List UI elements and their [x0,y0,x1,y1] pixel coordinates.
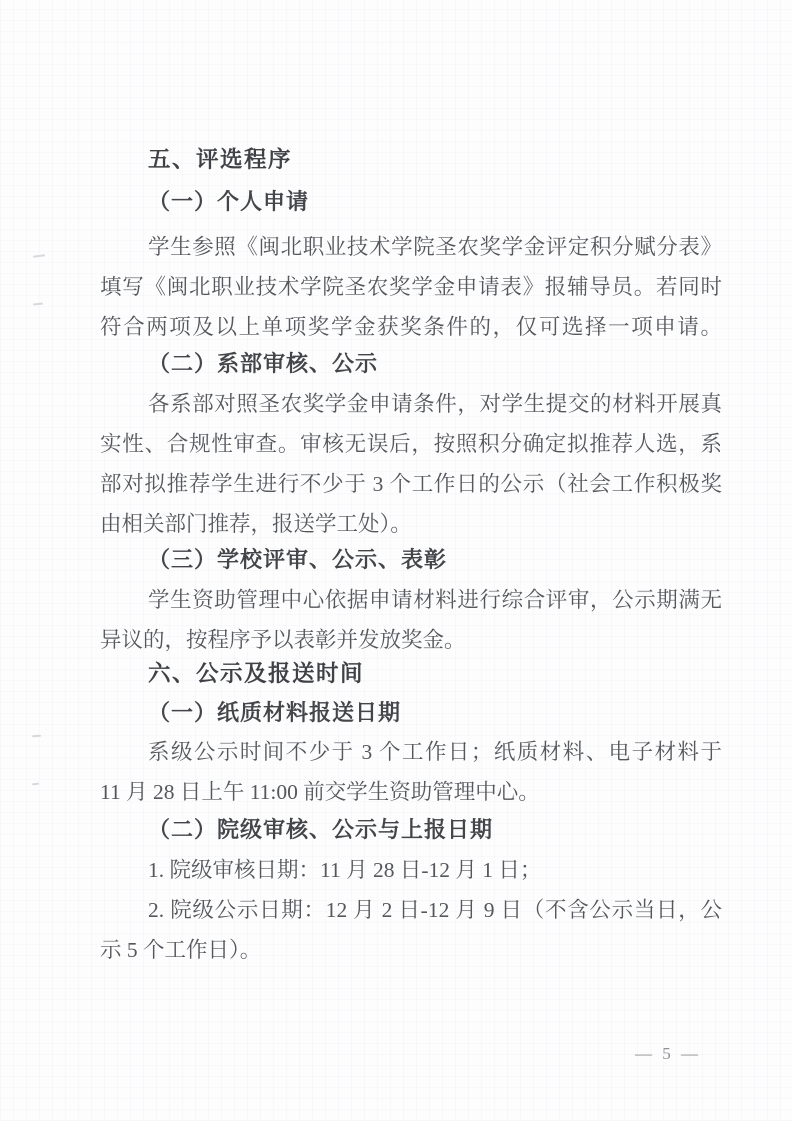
subsection-heading: （三）学校评审、公示、表彰 [100,545,722,575]
margin-mark [33,302,43,305]
paragraph-line: 系级公示时间不少于 3 个工作日；纸质材料、电子材料于 [100,737,722,767]
margin-mark [32,735,41,738]
document-page: 五、评选程序 （一）个人申请 学生参照《闽北职业技术学院圣农奖学金评定积分赋分表… [0,0,792,1121]
paragraph-line: 1. 院级审核日期：11 月 28 日-12 月 1 日； [100,855,722,885]
paragraph-line: 异议的，按程序予以表彰并发放奖金。 [100,625,722,655]
paragraph-line: 实性、合规性审查。审核无误后，按照积分确定拟推荐人选，系 [100,429,722,459]
subsection-heading: （一）个人申请 [100,187,722,217]
paragraph-line: 学生参照《闽北职业技术学院圣农奖学金评定积分赋分表》 [100,232,722,262]
section-heading: 五、评选程序 [100,145,722,175]
paragraph-line: 符合两项及以上单项奖学金获奖条件的，仅可选择一项申请。 [100,312,722,342]
paragraph-line: 11 月 28 日上午 11:00 前交学生资助管理中心。 [100,777,722,807]
paragraph-line: 各系部对照圣农奖学金申请条件，对学生提交的材料开展真 [100,389,722,419]
subsection-heading: （二）院级审核、公示与上报日期 [100,815,722,845]
paragraph-line: 示 5 个工作日）。 [100,935,722,965]
paragraph-line: 填写《闽北职业技术学院圣农奖学金申请表》报辅导员。若同时 [100,272,722,302]
paragraph-line: 由相关部门推荐，报送学工处）。 [100,509,722,539]
subsection-heading: （二）系部审核、公示 [100,349,722,379]
paragraph-line: 学生资助管理中心依据申请材料进行综合评审，公示期满无 [100,585,722,615]
margin-mark [33,254,45,257]
paragraph-line: 2. 院级公示日期：12 月 2 日-12 月 9 日（不含公示当日，公 [100,895,722,925]
paragraph-line: 部对拟推荐学生进行不少于 3 个工作日的公示（社会工作积极奖 [100,469,722,499]
margin-mark [32,783,39,786]
subsection-heading: （一）纸质材料报送日期 [100,698,722,728]
section-heading: 六、公示及报送时间 [100,659,722,689]
page-number: — 5 — [618,1042,718,1066]
